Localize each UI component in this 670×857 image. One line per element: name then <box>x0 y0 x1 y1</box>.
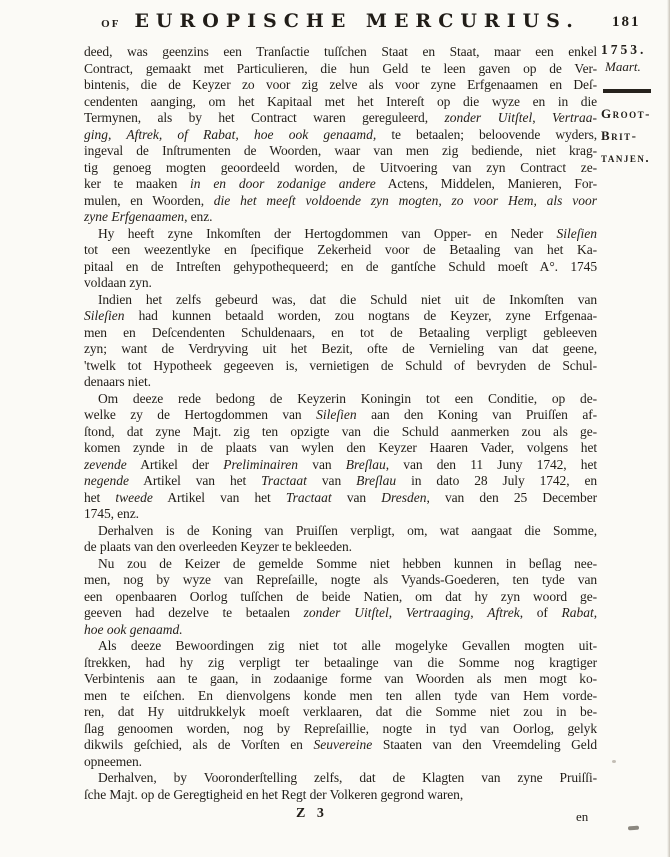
text-line: het tweede Artikel van het Tractaat van … <box>84 490 597 507</box>
margin-divider <box>603 89 651 93</box>
header-title: EUROPISCHE MERCURIUS. <box>134 10 579 32</box>
margin-region-line: Groot- <box>601 103 667 125</box>
signature-mark: Z 3 <box>296 806 328 822</box>
text-line: Als deeze Bewoordingen zig niet tot alle… <box>84 638 597 655</box>
text-line: tot een weezentlyke en ſpecifique Zekerh… <box>84 242 597 259</box>
header-prefix: of <box>101 15 120 32</box>
paragraph: Indien het zelfs gebeurd was, dat die Sc… <box>84 292 597 391</box>
margin-region-line: Brit- <box>601 125 667 147</box>
text-line: geeven had dezelve te betaalen zonder Ui… <box>84 605 597 622</box>
text-line: komen zynde in de plaats van wylen den K… <box>84 440 597 457</box>
scan-artifact <box>628 826 639 831</box>
text-line: ſtrekken, had hy zig verpligt ter betaal… <box>84 655 597 672</box>
text-line: hoe ook genaamd. <box>84 622 597 639</box>
catchword: en <box>576 809 588 825</box>
margin-region-label: Groot- Brit- tanjen. <box>601 103 667 169</box>
text-line: men en Deſcendenten Schuldenaars, en tot… <box>84 325 597 342</box>
text-line: ſtond, dat zyne Majt. zig ten opzigte va… <box>84 424 597 441</box>
running-header: of EUROPISCHE MERCURIUS. <box>84 10 597 32</box>
text-line: negende Artikel van het Tractaat van Bre… <box>84 473 597 490</box>
text-line: 'twelk tot Hypotheek gegeeven is, vernie… <box>84 358 597 375</box>
paragraph: Om deeze rede bedong de Keyzerin Koningi… <box>84 391 597 523</box>
text-line: men, nog by wyze van Repreſaille, nogte … <box>84 572 597 589</box>
paragraph: Als deeze Bewoordingen zig niet tot alle… <box>84 638 597 770</box>
text-line: de plaats van den overleeden Keyzer te b… <box>84 539 597 556</box>
text-line: ker te maaken in en door zodanige andere… <box>84 176 597 193</box>
text-line: men te eiſchen. En dienvolgens konde men… <box>84 688 597 705</box>
text-line: deed, was geenzins een Tranſactie tuſſch… <box>84 44 597 61</box>
text-line: voldaan zyn. <box>84 275 597 292</box>
text-line: mulen, en Woorden, die het meeſt voldoen… <box>84 193 597 210</box>
text-line: Hy heeft zyne Inkomſten der Hertogdommen… <box>84 226 597 243</box>
margin-date-month: Maart. <box>601 59 667 75</box>
text-line: Sileſien had kunnen betaald worden, zou … <box>84 308 597 325</box>
text-line: zyne Erfgenaamen, enz. <box>84 209 597 226</box>
footer: Z 3 en <box>84 806 597 826</box>
paragraph: Hy heeft zyne Inkomſten der Hertogdommen… <box>84 226 597 292</box>
text-line: tig genoeg mogten geoordeeld worden, de … <box>84 160 597 177</box>
text-line: ſlag genoomen worden, nog by Repreſailli… <box>84 721 597 738</box>
page-number: 181 <box>612 14 641 31</box>
text-line: denaars niet. <box>84 374 597 391</box>
text-line: dikwils geſchied, als de Vorſten en Seuv… <box>84 737 597 754</box>
text-line: cendenten aanging, om het Kapitaal met h… <box>84 94 597 111</box>
paragraph: Derhalven, by Vooronderſtelling zelfs, d… <box>84 770 597 803</box>
scan-artifact <box>612 760 616 763</box>
text-line: ingeval de Inſtrumenten de Woorden, waar… <box>84 143 597 160</box>
text-line: zevende Artikel der Preliminairen van Br… <box>84 457 597 474</box>
text-line: ren, dat Hy uitdrukkelyk moeſt verklaare… <box>84 704 597 721</box>
paragraph: deed, was geenzins een Tranſactie tuſſch… <box>84 44 597 226</box>
margin-date-year: 1753. <box>601 42 667 58</box>
text-line: zyn; want de Verdryving uit het Bezit, o… <box>84 341 597 358</box>
text-line: welke zy de Hertogdommen van Sileſien aa… <box>84 407 597 424</box>
text-line: Contract, gemaakt met Particulieren, die… <box>84 61 597 78</box>
margin-region-line: tanjen. <box>601 147 667 169</box>
document-page: of EUROPISCHE MERCURIUS. 181 deed, was g… <box>0 0 670 857</box>
text-line: Derhalven is de Koning van Pruiſſen verp… <box>84 523 597 540</box>
text-line: een openbaaren Oorlog tuſſchen de beide … <box>84 589 597 606</box>
text-line: opneemen. <box>84 754 597 771</box>
text-line: Termynen, als by het Contract waren gere… <box>84 110 597 127</box>
text-line: ſche Majt. op de Geregtigheid en het Reg… <box>84 787 597 804</box>
paragraph: Nu zou de Keizer de gemelde Somme niet h… <box>84 556 597 639</box>
text-line: pitaal en de Intreſten gehypothequeerd; … <box>84 259 597 276</box>
text-line: ging, Aftrek, of Rabat, hoe ook genaamd,… <box>84 127 597 144</box>
text-column: deed, was geenzins een Tranſactie tuſſch… <box>84 44 597 803</box>
text-line: Nu zou de Keizer de gemelde Somme niet h… <box>84 556 597 573</box>
text-line: Om deeze rede bedong de Keyzerin Koningi… <box>84 391 597 408</box>
text-line: Indien het zelfs gebeurd was, dat die Sc… <box>84 292 597 309</box>
text-line: Derhalven, by Vooronderſtelling zelfs, d… <box>84 770 597 787</box>
text-line: Verbintenis aan te gaan, in zodaanige fo… <box>84 671 597 688</box>
text-line: 1745, enz. <box>84 506 597 523</box>
margin-notes: 1753. Maart. Groot- Brit- tanjen. <box>601 42 667 169</box>
paragraph: Derhalven is de Koning van Pruiſſen verp… <box>84 523 597 556</box>
text-line: bintenis, die de Keyzer zo voor zig zelv… <box>84 77 597 94</box>
